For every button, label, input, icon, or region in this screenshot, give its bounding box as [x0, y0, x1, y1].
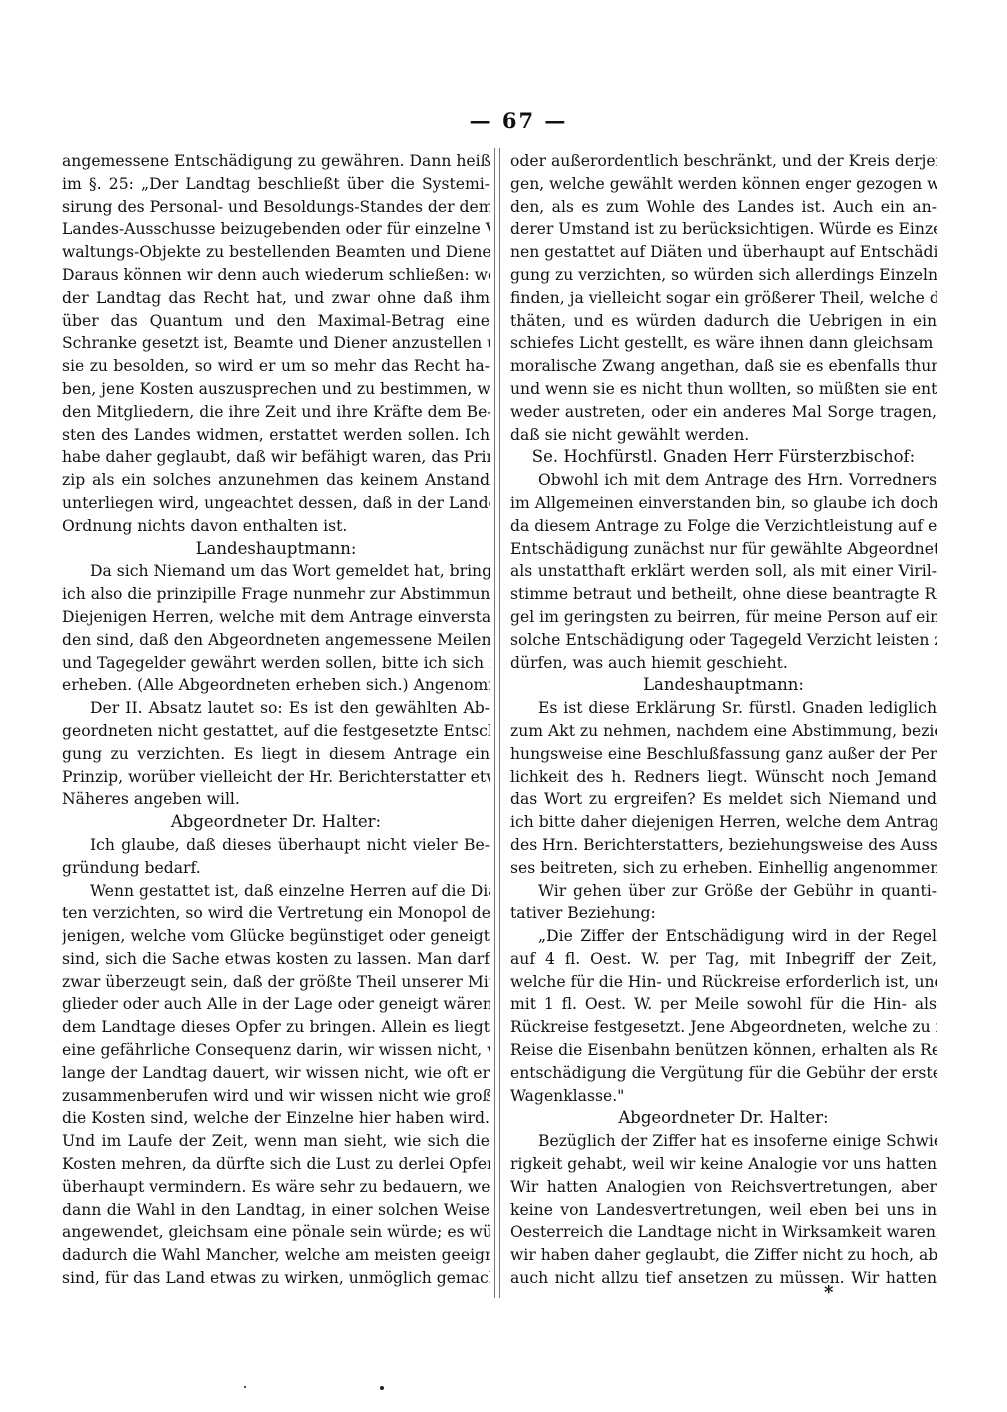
- text-line: Und im Laufe der Zeit, wenn man sieht, w…: [62, 1130, 490, 1153]
- text-line: habe daher geglaubt, daß wir befähigt wa…: [62, 446, 490, 469]
- text-line: hungsweise eine Beschlußfassung ganz auß…: [510, 743, 937, 766]
- text-line: „Die Ziffer der Entschädigung wird in de…: [510, 925, 937, 948]
- text-line: ich also die prinzipille Frage nunmehr z…: [62, 583, 490, 606]
- page-number: — 67 —: [0, 108, 1007, 133]
- text-line: ses beitreten, sich zu erheben. Einhelli…: [510, 857, 937, 880]
- text-line: zum Akt zu nehmen, nachdem eine Abstimmu…: [510, 720, 937, 743]
- text-line: nen gestattet auf Diäten und überhaupt a…: [510, 241, 937, 264]
- text-line: Rückreise festgesetzt. Jene Abgeordneten…: [510, 1016, 937, 1039]
- text-line: Landes-Ausschusse beizugebenden oder für…: [62, 218, 490, 241]
- text-line: mit 1 fl. Oest. W. per Meile sowohl für …: [510, 993, 937, 1016]
- text-line: welche für die Hin- und Rückreise erford…: [510, 971, 937, 994]
- text-line: dem Landtage dieses Opfer zu bringen. Al…: [62, 1016, 490, 1039]
- text-line: dann die Wahl in den Landtag, in einer s…: [62, 1199, 490, 1222]
- text-line: den Mitgliedern, die ihre Zeit und ihre …: [62, 401, 490, 424]
- text-line: gel im geringsten zu beirren, für meine …: [510, 606, 937, 629]
- text-line: Der II. Absatz lautet so: Es ist den gew…: [62, 697, 490, 720]
- text-line: dadurch die Wahl Mancher, welche am meis…: [62, 1244, 490, 1267]
- text-line: angemessene Entschädigung zu gewähren. D…: [62, 150, 490, 173]
- text-line: Wir gehen über zur Größe der Gebühr in q…: [510, 880, 937, 903]
- text-line: Näheres angeben will.: [62, 788, 490, 811]
- text-line: Kosten mehren, da dürfte sich die Lust z…: [62, 1153, 490, 1176]
- text-line: im Allgemeinen einverstanden bin, so gla…: [510, 492, 937, 515]
- text-line: angewendet, gleichsam eine pönale sein w…: [62, 1221, 490, 1244]
- text-line: Wir hatten Analogien von Reichsvertretun…: [510, 1176, 937, 1199]
- text-line: solche Entschädigung oder Tagegeld Verzi…: [510, 629, 937, 652]
- text-line: unterliegen wird, ungeachtet dessen, daß…: [62, 492, 490, 515]
- text-line: tativer Beziehung:: [510, 902, 937, 925]
- text-line: da diesem Antrage zu Folge die Verzichtl…: [510, 515, 937, 538]
- text-line: der Landtag das Recht hat, und zwar ohne…: [62, 287, 490, 310]
- text-line: erheben. (Alle Abgeordneten erheben sich…: [62, 674, 490, 697]
- text-line: Da sich Niemand um das Wort gemeldet hat…: [62, 560, 490, 583]
- signature-mark: *: [824, 1282, 833, 1303]
- text-line: den sind, daß den Abgeordneten angemesse…: [62, 629, 490, 652]
- text-line: und Tagegelder gewährt werden sollen, bi…: [62, 652, 490, 675]
- text-line: waltungs-Objekte zu bestellenden Beamten…: [62, 241, 490, 264]
- speaker-heading: Abgeordneter Dr. Halter:: [62, 811, 490, 834]
- text-line: eine gefährliche Consequenz darin, wir w…: [62, 1039, 490, 1062]
- print-speck: [244, 1386, 246, 1388]
- text-line: zusammenberufen wird und wir wissen nich…: [62, 1085, 490, 1108]
- text-line: finden, ja vielleicht sogar ein größerer…: [510, 287, 937, 310]
- speaker-heading: Landeshauptmann:: [510, 674, 937, 697]
- text-line: ich bitte daher diejenigen Herren, welch…: [510, 811, 937, 834]
- text-line: die Kosten sind, welche der Einzelne hie…: [62, 1107, 490, 1130]
- text-line: Daraus können wir denn auch wiederum sch…: [62, 264, 490, 287]
- text-line: wir haben daher geglaubt, die Ziffer nic…: [510, 1244, 937, 1267]
- text-line: entschädigung die Vergütung für die Gebü…: [510, 1062, 937, 1085]
- text-line: über das Quantum und den Maximal-Betrag …: [62, 310, 490, 333]
- text-line: sten des Landes widmen, erstattet werden…: [62, 424, 490, 447]
- text-line: auch nicht allzu tief ansetzen zu müssen…: [510, 1267, 937, 1290]
- text-line: jenigen, welche vom Glücke begünstiget o…: [62, 925, 490, 948]
- text-line: Reise die Eisenbahn benützen können, erh…: [510, 1039, 937, 1062]
- text-line: überhaupt vermindern. Es wäre sehr zu be…: [62, 1176, 490, 1199]
- text-line: ben, jene Kosten auszusprechen und zu be…: [62, 378, 490, 401]
- text-line: gung zu verzichten. Es liegt in diesem A…: [62, 743, 490, 766]
- text-line: geordneten nicht gestattet, auf die fest…: [62, 720, 490, 743]
- text-line: Ich glaube, daß dieses überhaupt nicht v…: [62, 834, 490, 857]
- text-line: ten verzichten, so wird die Vertretung e…: [62, 902, 490, 925]
- text-line: oder außerordentlich beschränkt, und der…: [510, 150, 937, 173]
- text-line: weder austreten, oder ein anderes Mal So…: [510, 401, 937, 424]
- text-line: sirung des Personal- und Besoldungs-Stan…: [62, 196, 490, 219]
- text-line: Es ist diese Erklärung Sr. fürstl. Gnade…: [510, 697, 937, 720]
- text-line: Wenn gestattet ist, daß einzelne Herren …: [62, 880, 490, 903]
- text-line: rigkeit gehabt, weil wir keine Analogie …: [510, 1153, 937, 1176]
- text-line: gen, welche gewählt werden können enger …: [510, 173, 937, 196]
- text-line: Ordnung nichts davon enthalten ist.: [62, 515, 490, 538]
- text-line: sind, sich die Sache etwas kosten zu las…: [62, 948, 490, 971]
- text-line: Oesterreich die Landtage nicht in Wirksa…: [510, 1221, 937, 1244]
- text-line: moralische Zwang angethan, daß sie es eb…: [510, 355, 937, 378]
- text-line: keine von Landesvertretungen, weil eben …: [510, 1199, 937, 1222]
- text-line: sind, für das Land etwas zu wirken, unmö…: [62, 1267, 490, 1290]
- speaker-heading: Se. Hochfürstl. Gnaden Herr Fürsterzbisc…: [510, 446, 937, 469]
- text-line: daß sie nicht gewählt werden.: [510, 424, 937, 447]
- text-line: Prinzip, worüber vielleicht der Hr. Beri…: [62, 766, 490, 789]
- text-line: und wenn sie es nicht thun wollten, so m…: [510, 378, 937, 401]
- text-line: stimme betraut und betheilt, ohne diese …: [510, 583, 937, 606]
- speaker-heading: Landeshauptmann:: [62, 538, 490, 561]
- left-column: angemessene Entschädigung zu gewähren. D…: [62, 150, 490, 1290]
- print-speck: [380, 1386, 384, 1390]
- text-line: zip als ein solches anzunehmen das keine…: [62, 469, 490, 492]
- text-line: das Wort zu ergreifen? Es meldet sich Ni…: [510, 788, 937, 811]
- text-line: derer Umstand ist zu berücksichtigen. Wü…: [510, 218, 937, 241]
- text-line: als unstatthaft erklärt werden soll, als…: [510, 560, 937, 583]
- text-line: gründung bedarf.: [62, 857, 490, 880]
- right-column: oder außerordentlich beschränkt, und der…: [510, 150, 937, 1290]
- text-line: schiefes Licht gestellt, es wäre ihnen d…: [510, 332, 937, 355]
- text-line: lange der Landtag dauert, wir wissen nic…: [62, 1062, 490, 1085]
- text-line: thäten, und es würden dadurch die Uebrig…: [510, 310, 937, 333]
- text-line: Diejenigen Herren, welche mit dem Antrag…: [62, 606, 490, 629]
- text-line: glieder oder auch Alle in der Lage oder …: [62, 993, 490, 1016]
- text-line: Wagenklasse.": [510, 1085, 937, 1108]
- text-line: Schranke gesetzt ist, Beamte und Diener …: [62, 332, 490, 355]
- text-line: Bezüglich der Ziffer hat es insoferne ei…: [510, 1130, 937, 1153]
- text-line: zwar überzeugt sein, daß der größte Thei…: [62, 971, 490, 994]
- column-divider: [494, 148, 500, 1298]
- text-line: den, als es zum Wohle des Landes ist. Au…: [510, 196, 937, 219]
- text-line: gung zu verzichten, so würden sich aller…: [510, 264, 937, 287]
- text-line: lichkeit des h. Redners liegt. Wünscht n…: [510, 766, 937, 789]
- speaker-heading: Abgeordneter Dr. Halter:: [510, 1107, 937, 1130]
- text-line: Obwohl ich mit dem Antrage des Hrn. Vorr…: [510, 469, 937, 492]
- text-line: dürfen, was auch hiemit geschieht.: [510, 652, 937, 675]
- text-line: im §. 25: „Der Landtag beschließt über d…: [62, 173, 490, 196]
- text-line: sie zu besolden, so wird er um so mehr d…: [62, 355, 490, 378]
- text-line: auf 4 fl. Oest. W. per Tag, mit Inbegrif…: [510, 948, 937, 971]
- text-line: Entschädigung zunächst nur für gewählte …: [510, 538, 937, 561]
- text-line: des Hrn. Berichterstatters, beziehungswe…: [510, 834, 937, 857]
